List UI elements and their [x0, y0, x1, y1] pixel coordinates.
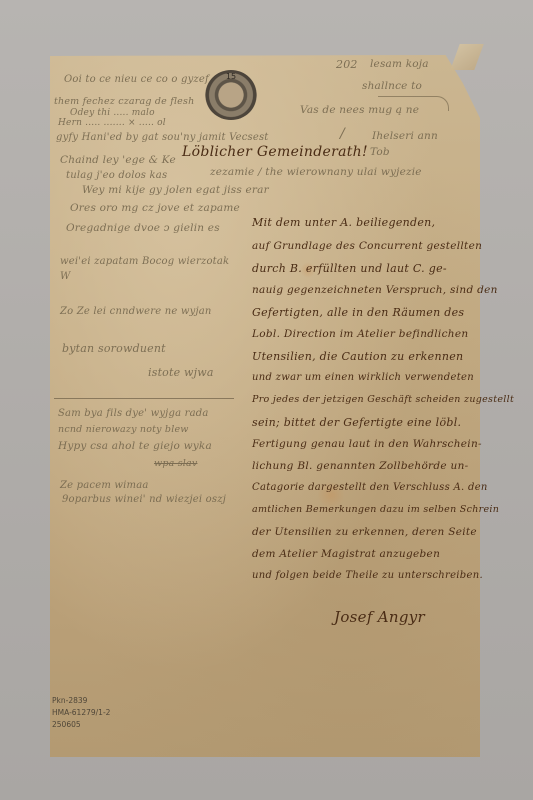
letter-line: Fertigung genau laut in den Wahrschein- [252, 438, 482, 450]
divider-line [54, 398, 234, 399]
letter-line: der Utensilien zu erkennen, deren Seite [252, 526, 477, 538]
letter-line: Utensilien, die Caution zu erkennen [252, 350, 463, 363]
letter-line: Catagorie dargestellt den Verschluss A. … [252, 482, 488, 493]
letter-line: Pro jedes der jetzigen Geschäft scheiden… [252, 394, 514, 405]
folded-corner [450, 44, 483, 70]
letter-signature: Josef Angyr [334, 608, 425, 626]
letter-line: sein; bittet der Gefertigte eine löbl. [252, 416, 461, 429]
letter-line: amtlichen Bemerkungen dazu im selben Sch… [252, 504, 499, 515]
note-line: Tob [370, 146, 390, 158]
pencil-line: istote wjwa [148, 366, 214, 379]
archive-mark: HMA-61279/1-2 [52, 708, 110, 718]
pencil-line: Hypy csa ahol te giejo wyka [58, 440, 212, 452]
note-number: 202 [336, 58, 358, 71]
letter-line: lichung Bl. genannten Zollbehörde un- [252, 460, 469, 472]
letter-line: Lobl. Direction im Atelier befindlichen [252, 328, 468, 340]
stroke-mark: / [340, 126, 345, 142]
revenue-stamp: 15 [205, 70, 257, 120]
pencil-line: ncnd nierowazy noty blew [58, 424, 189, 435]
pencil-line: wei'ei zapatam Bocog wierzotak [60, 256, 229, 267]
archive-mark: 250605 [52, 720, 81, 730]
pencil-line: Hern ..... ....... × ..... ol [58, 118, 166, 128]
letter-salutation: Löblicher Gemeinderath! [182, 144, 368, 160]
pencil-translation: zezamie / the wierownany ulai wyjezie [210, 166, 422, 178]
letter-line: und zwar um einen wirklich verwendeten [252, 372, 474, 383]
letter-line: Mit dem unter A. beiliegenden, [252, 216, 435, 229]
pencil-line: bytan sorowduent [62, 342, 166, 355]
pencil-line: Wey mi kije gy jolen egat jiss erar [82, 184, 269, 196]
letter-line: Gefertigten, alle in den Räumen des [252, 306, 464, 319]
pencil-line: Sam bya fils dye' wyjga rada [58, 408, 209, 419]
pencil-line-struck: wpa slav [154, 458, 197, 469]
letter-line: auf Grundlage des Concurrent gestellten [252, 240, 482, 252]
note-line: lesam koja [370, 58, 429, 70]
archive-mark: Pkn-2839 [52, 696, 87, 706]
pencil-line: Zo Ze lei cnndwere ne wyjan [60, 306, 212, 317]
pencil-line: W [60, 271, 70, 282]
note-line: Ihelseri ann [372, 130, 438, 142]
pencil-line: Ze pacem wimaa [60, 480, 149, 491]
letter-line: nauig gegenzeichneten Verspruch, sind de… [252, 284, 498, 296]
pencil-line: gyfy Hani'ed by gat sou'ny jamit Vecsest [56, 132, 269, 143]
pencil-line: Odey thi ..... malo [70, 108, 155, 118]
letter-line: durch B. erfüllten und laut C. ge- [252, 262, 447, 275]
pencil-line: Ooi to ce nieu ce co o gyzef [64, 74, 209, 85]
pencil-line: them fechez czarag de flesh [54, 96, 194, 107]
stamp-value: 15 [205, 72, 257, 81]
letter-line: und folgen beide Theile zu unterschreibe… [252, 570, 483, 581]
pencil-line: 9oparbus winei' nd wiezjei oszj [62, 494, 226, 505]
pencil-line: Oregadnige dvoe ↄ gielin es [66, 222, 220, 234]
pencil-line: Chaind ley 'ege & Ke [60, 154, 176, 166]
pencil-brace [378, 96, 449, 111]
pencil-line: tulag j'eo dolos kas [66, 170, 167, 181]
note-line: shallnce to [362, 80, 422, 92]
pencil-line: Ores oro mg cz jove et zapame [70, 202, 240, 214]
letter-line: dem Atelier Magistrat anzugeben [252, 548, 440, 560]
